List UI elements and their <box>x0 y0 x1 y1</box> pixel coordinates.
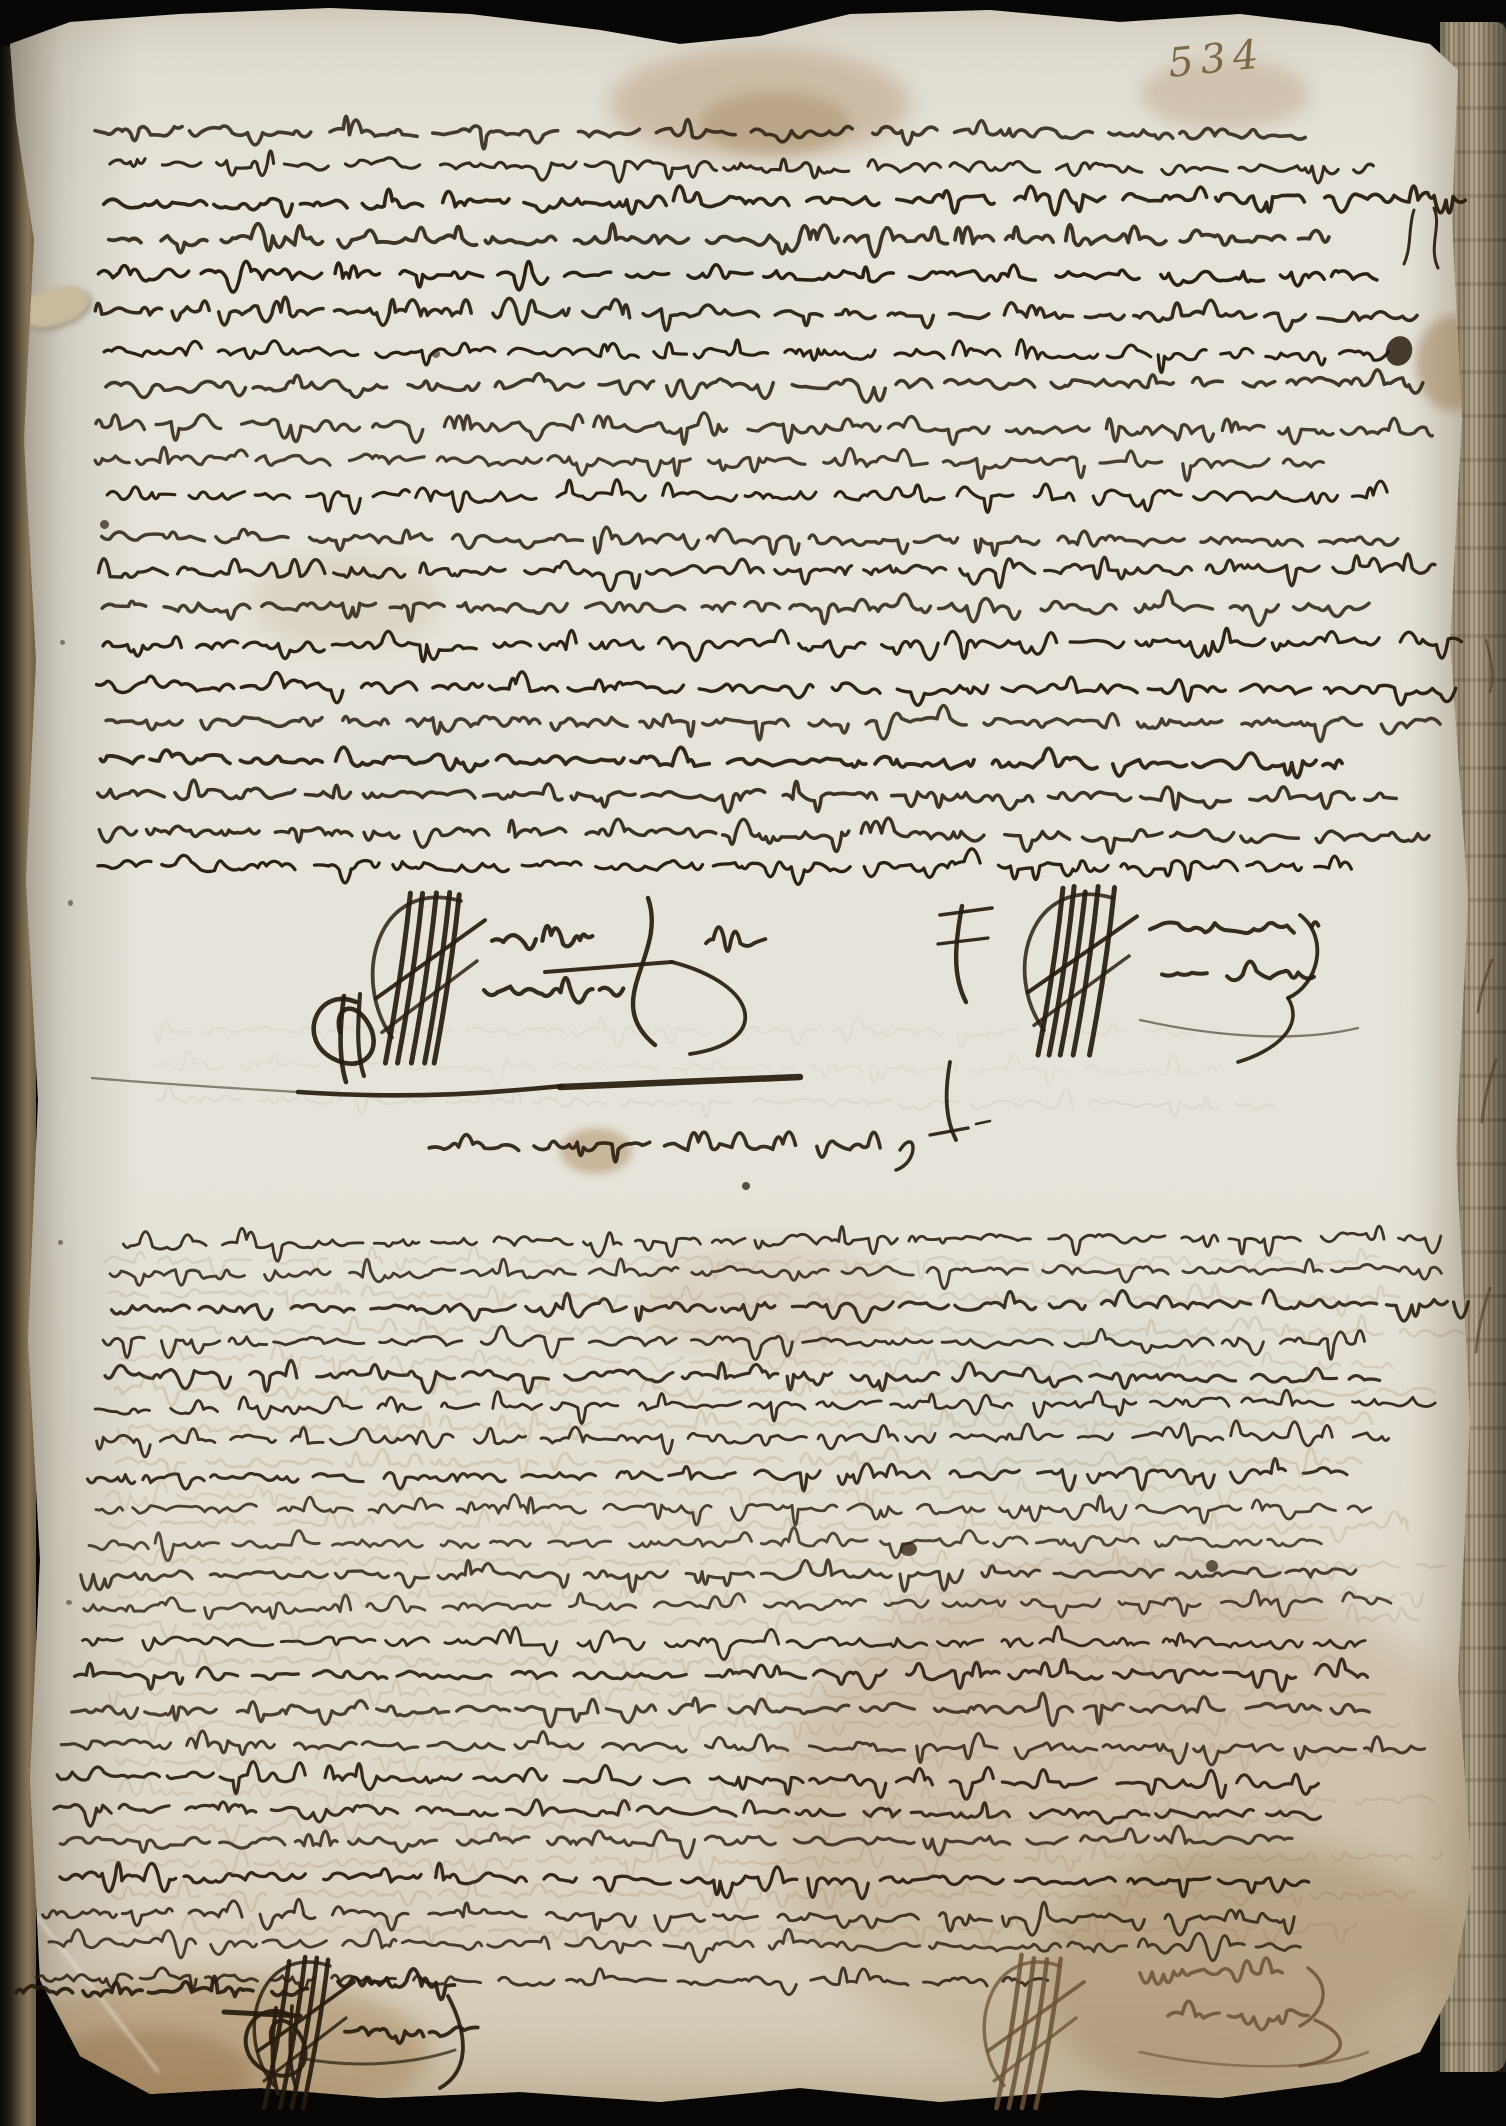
manuscript-scan: 534 <box>0 0 1506 2126</box>
handwriting-ink-layer <box>0 0 1506 2126</box>
